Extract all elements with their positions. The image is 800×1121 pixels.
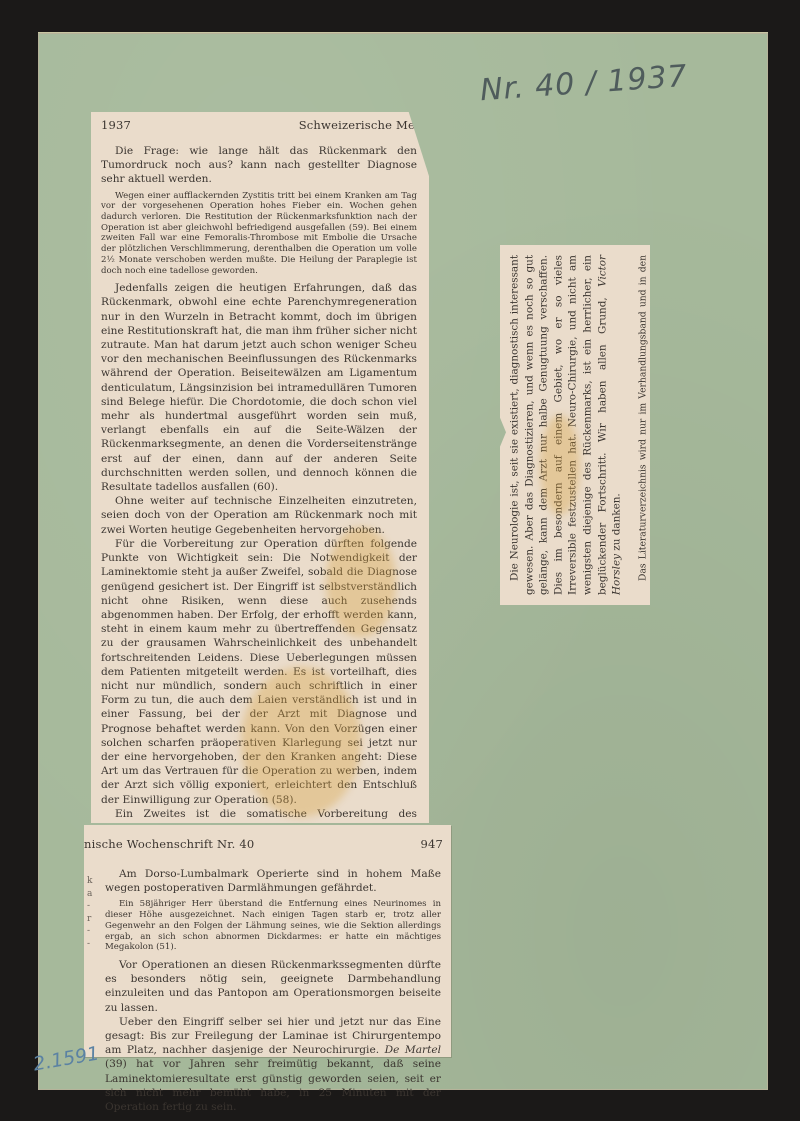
- running-head-year: 1937: [101, 118, 131, 132]
- paragraph-text: zu danken.: [611, 493, 623, 550]
- running-head-journal: nische Wochenschrift Nr. 40: [84, 837, 254, 851]
- paragraph: Ueber den Eingriff selber sei hier und j…: [105, 1015, 441, 1114]
- case-note: Ein 58jähriger Herr überstand die Entfer…: [105, 899, 441, 953]
- stray-letters: k a - r - -: [87, 875, 93, 950]
- running-head: 1937 Schweizerische Me: [91, 118, 429, 132]
- paragraph: Ohne weiter auf technische Einzelheiten …: [101, 494, 417, 537]
- rotated-text-block: Die Neurologie ist, seit sie existiert, …: [508, 255, 643, 595]
- paragraph-text: Die Neurologie ist, seit sie existiert, …: [509, 255, 609, 595]
- author-name: De Martel: [385, 1044, 441, 1056]
- paragraph-text: (39) hat vor Jahren sehr freimütig bekan…: [105, 1058, 441, 1113]
- article-body: Am Dorso-Lumbalmark Operierte sind in ho…: [84, 851, 451, 1114]
- running-head: nische Wochenschrift Nr. 40 947: [84, 837, 451, 851]
- clipping-top: 1937 Schweizerische Me Die Frage: wie la…: [91, 112, 429, 823]
- clipping-rotated: Die Neurologie ist, seit sie existiert, …: [500, 245, 650, 605]
- page-number: 947: [420, 837, 443, 851]
- paragraph: Für die Vorbereitung zur Operation dürft…: [101, 537, 417, 807]
- paragraph: Die Frage: wie lange hält das Rückenmark…: [101, 144, 417, 187]
- running-head-journal: Schweizerische Me: [299, 118, 415, 132]
- paragraph: Am Dorso-Lumbalmark Operierte sind in ho…: [105, 867, 441, 895]
- paragraph: Jedenfalls zeigen die heutigen Erfahrung…: [101, 281, 417, 494]
- case-note: Wegen einer aufflackernden Zystitis trit…: [101, 191, 417, 277]
- paragraph: Vor Operationen an diesen Rückenmarksseg…: [105, 958, 441, 1015]
- clipping-bottom: k a - r - - nische Wochenschrift Nr. 40 …: [84, 825, 451, 1057]
- paragraph: Die Neurologie ist, seit sie existiert, …: [508, 255, 625, 595]
